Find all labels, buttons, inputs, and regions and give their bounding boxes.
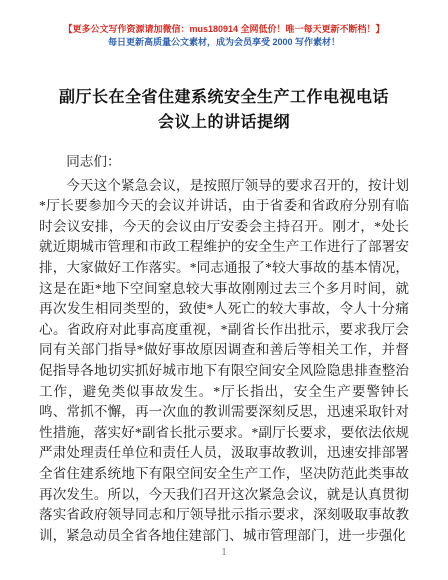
promo-header: 【更多公文写作资源请加微信：mus180914 全网低价！唯一每天更新不断档！】… (0, 0, 448, 49)
document-title: 副厅长在全省住建系统安全生产工作电视电话会议上的讲话提纲 (59, 85, 389, 135)
page-number: 1 (0, 546, 448, 558)
document-page: 【更多公文写作资源请加微信：mus180914 全网低价！唯一每天更新不断档！】… (0, 0, 448, 580)
body-paragraph: 今天这个紧急会议，是按照厅领导的要求召开的，按计划*厅长要参加今天的会议并讲话，… (39, 176, 409, 547)
salutation: 同志们： (39, 152, 409, 173)
document-body: 同志们： 今天这个紧急会议，是按照厅领导的要求召开的，按计划*厅长要参加今天的会… (39, 152, 409, 546)
promo-line-1: 【更多公文写作资源请加微信：mus180914 全网低价！唯一每天更新不断档！】 (0, 23, 448, 36)
promo-line-2: 每日更新高质量公文素材，成为会员享受 2000 写作素材！ (0, 36, 448, 49)
